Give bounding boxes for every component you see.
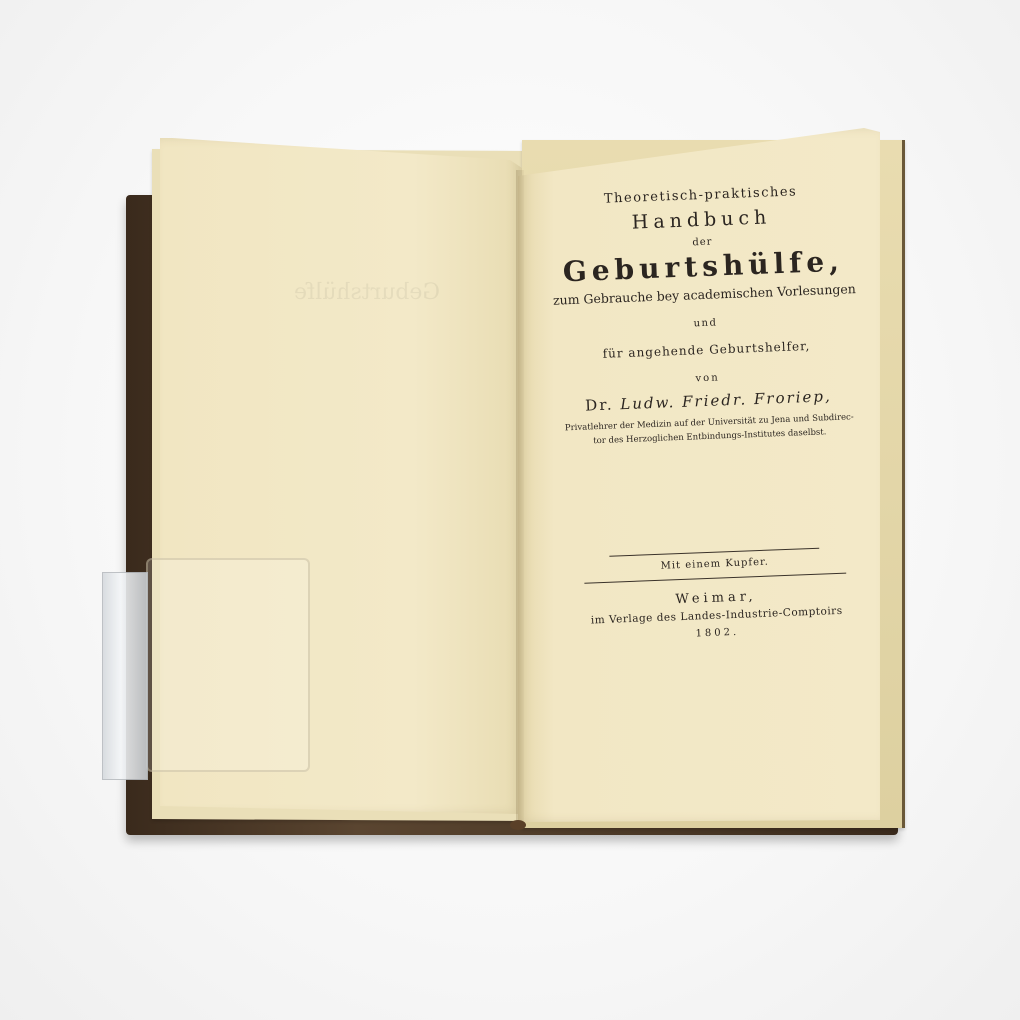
book-headband (510, 820, 526, 830)
photo-scene: Geburtshülfe Theoretisch-praktisches Han… (0, 0, 1020, 1020)
book-gutter (516, 170, 524, 826)
audience-line: für angehende Geburtshelfer, (528, 336, 884, 364)
title-page-text: Theoretisch-praktisches Handbuch der Geb… (522, 173, 895, 645)
und-line: und (527, 311, 883, 336)
left-page-show-through: Geburtshülfe (240, 280, 440, 340)
rule-bottom (584, 573, 846, 584)
acrylic-book-clip (102, 572, 148, 780)
author-prefix: Dr. (585, 395, 614, 414)
author-line: Dr. Ludw. Friedr. Froriep, (530, 385, 886, 417)
acrylic-clip-plate (146, 558, 310, 772)
author-name: Ludw. Friedr. Froriep, (620, 387, 832, 413)
